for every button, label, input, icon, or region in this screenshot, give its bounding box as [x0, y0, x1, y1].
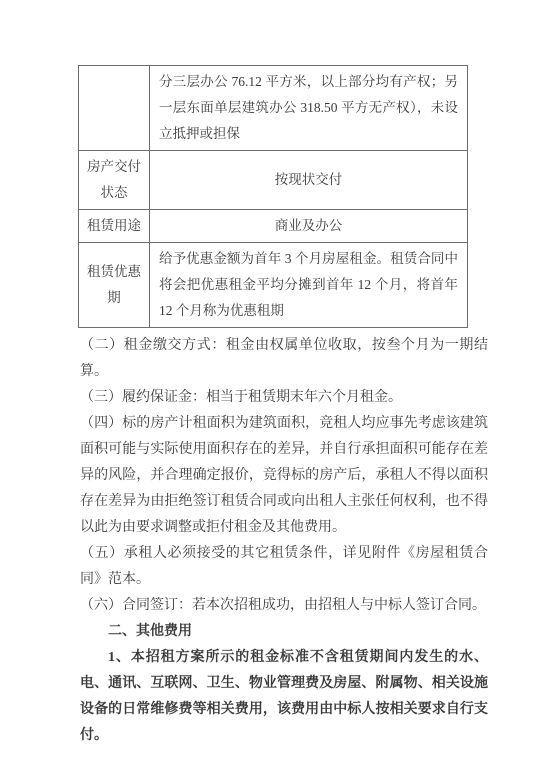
clause-paragraph: （三）履约保证金：相当于租赁期末年六个月租金。: [80, 385, 488, 411]
document-page: 分三层办公 76.12 平方米，以上部分均有产权；另一层东面单层建筑办公 318…: [0, 0, 550, 777]
row-label-cell: 租赁用途: [79, 210, 150, 243]
clause-paragraph: （四）标的房产计租面积为建筑面积，竞租人均应事先考虑该建筑面积可能与实际使用面积…: [80, 411, 488, 541]
section-heading: 二、其他费用: [80, 619, 488, 645]
table-row: 租赁用途 商业及办公: [79, 210, 468, 243]
table-row: 分三层办公 76.12 平方米，以上部分均有产权；另一层东面单层建筑办公 318…: [79, 66, 468, 151]
table-row: 租赁优惠期 给予优惠金额为首年 3 个月房屋租金。租赁合同中将会把优惠租金平均分…: [79, 243, 468, 328]
document-body: （二）租金缴交方式：租金由权属单位收取，按叁个月为一期结算。 （三）履约保证金：…: [80, 333, 488, 749]
row-value-cell: 给予优惠金额为首年 3 个月房屋租金。租赁合同中将会把优惠租金平均分摊到首年 1…: [150, 243, 468, 328]
row-label-cell: 房产交付状态: [79, 151, 150, 210]
clause-paragraph: （二）租金缴交方式：租金由权属单位收取，按叁个月为一期结算。: [80, 333, 488, 385]
table-row: 房产交付状态 按现状交付: [79, 151, 468, 210]
row-value-cell: 分三层办公 76.12 平方米，以上部分均有产权；另一层东面单层建筑办公 318…: [150, 66, 468, 151]
row-label-cell: [79, 66, 150, 151]
row-label-cell: 租赁优惠期: [79, 243, 150, 328]
clause-paragraph: （五）承租人必须接受的其它租赁条件，详见附件《房屋租赁合同》范本。: [80, 541, 488, 593]
row-value-cell: 按现状交付: [150, 151, 468, 210]
row-value-cell: 商业及办公: [150, 210, 468, 243]
lease-terms-table: 分三层办公 76.12 平方米，以上部分均有产权；另一层东面单层建筑办公 318…: [78, 65, 468, 328]
fees-paragraph: 1、本招租方案所示的租金标准不含租赁期间内发生的水、电、通讯、互联网、卫生、物业…: [80, 645, 488, 749]
clause-paragraph: （六）合同签订：若本次招租成功，由招租人与中标人签订合同。: [80, 593, 488, 619]
